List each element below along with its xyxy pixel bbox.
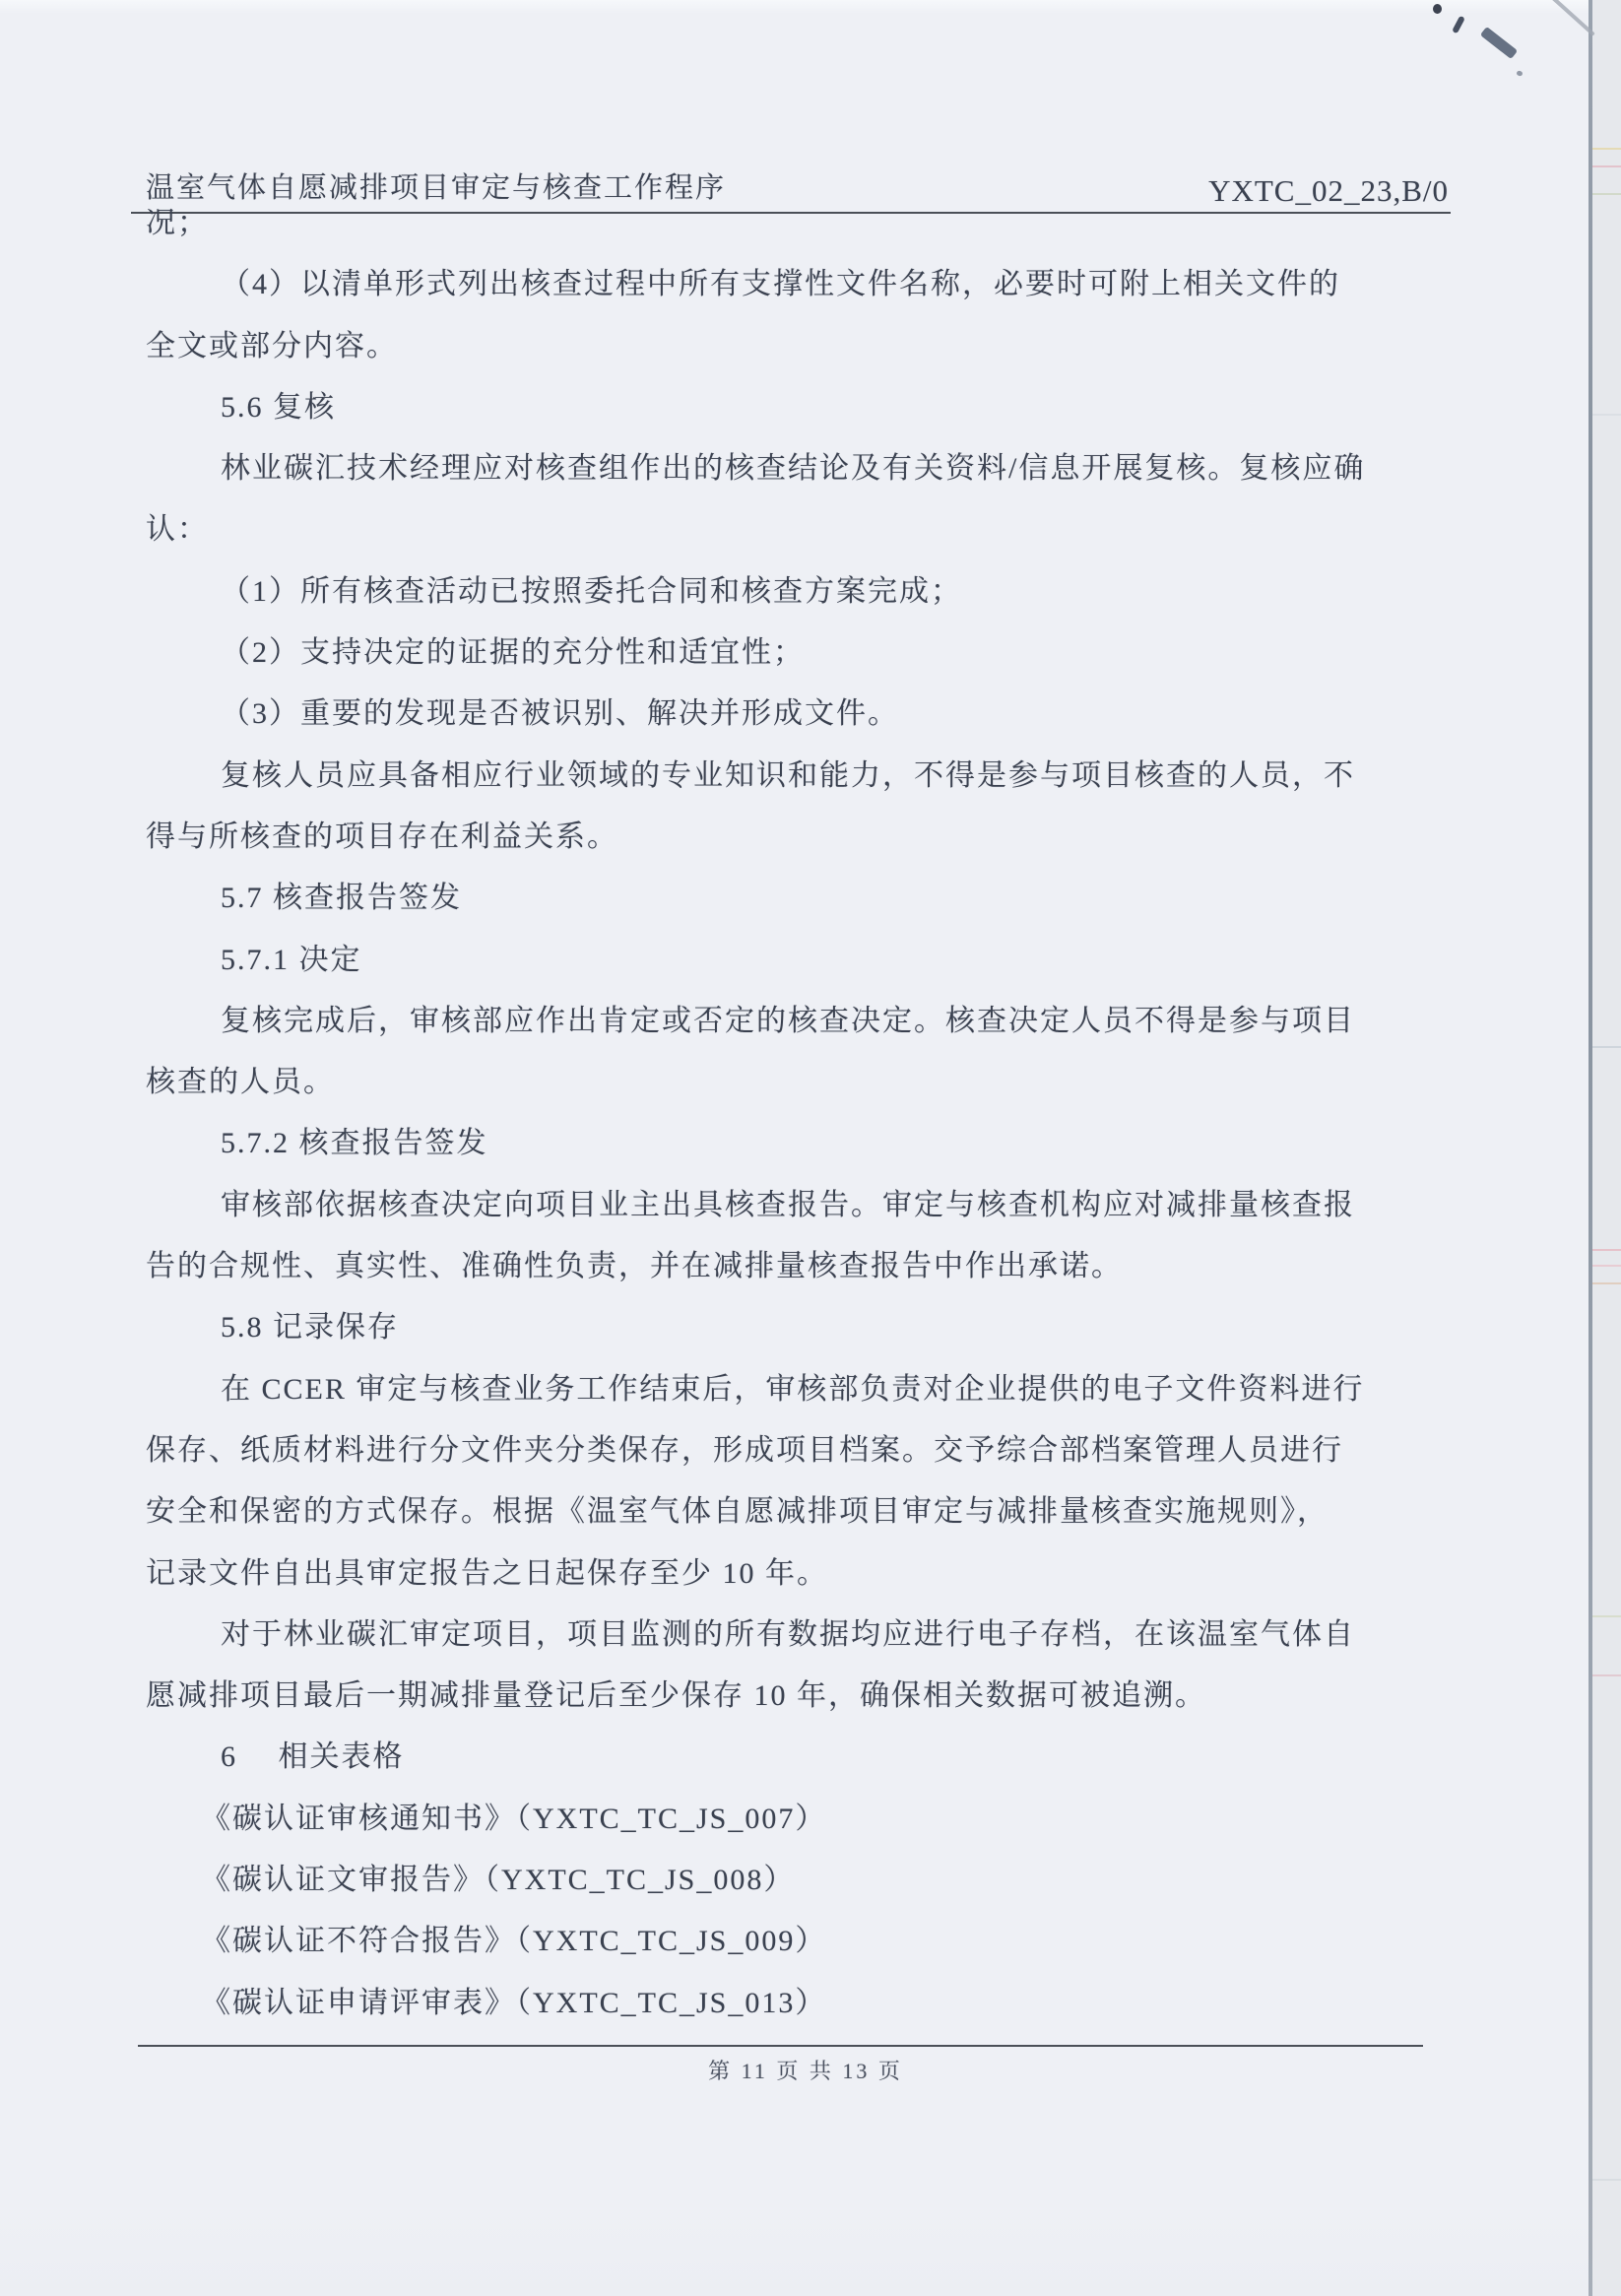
body-line: 审核部依据核查决定向项目业主出具核查报告。审定与核查机构应对减排量核查报 [146,1175,1485,1236]
body-line: 告的合规性、真实性、准确性负责，并在减排量核查报告中作出承诺。 [146,1236,1485,1297]
scan-edge-hairline [1592,1282,1621,1284]
scanned-document-page: 温室气体自愿减排项目审定与核查工作程序 YXTC_02_23,B/0 况； （4… [0,0,1621,2296]
body-line: 对于林业碳汇审定项目，项目监测的所有数据均应进行电子存档，在该温室气体自 [146,1605,1485,1666]
scan-edge-hairline [1592,1249,1621,1251]
body-line: 核查的人员。 [146,1052,1485,1113]
related-form-item: 《碳认证申请评审表》（YXTC_TC_JS_013） [146,1973,1485,2034]
page-number: 第 11 页 共 13 页 [146,2055,1465,2085]
body-line: 林业碳汇技术经理应对核查组作出的核查结论及有关资料/信息开展复核。复核应确 [146,438,1485,499]
body-line: 安全和保密的方式保存。根据《温室气体自愿减排项目审定与减排量核查实施规则》， [146,1481,1485,1542]
scan-edge-hairline [1592,1615,1621,1617]
pen-mark-dot [1433,4,1442,14]
scan-edge-hairline [1592,1674,1621,1676]
body-line: 全文或部分内容。 [146,316,1485,377]
scan-edge-line [1589,0,1592,2296]
related-form-item: 《碳认证审核通知书》（YXTC_TC_JS_007） [146,1789,1485,1850]
body-line: 记录文件自出具审定报告之日起保存至少 10 年。 [146,1543,1485,1605]
body-line: 复核人员应具备相应行业领域的专业知识和能力，不得是参与项目核查的人员，不 [146,746,1485,807]
body-line: （1）所有核查活动已按照委托合同和核查方案完成； [146,561,1485,623]
document-body: 况； （4）以清单形式列出核查过程中所有支撑性文件名称，必要时可附上相关文件的 … [146,193,1485,2034]
body-line: 认： [146,499,1485,560]
pen-mark-check [1452,16,1465,34]
section-heading: 5.7 核查报告签发 [146,868,1485,929]
scan-edge-hairline [1592,1265,1621,1267]
section-heading: 5.7.2 核查报告签发 [146,1113,1485,1174]
body-line: 愿减排项目最后一期减排量登记后至少保存 10 年，确保相关数据可被追溯。 [146,1666,1485,1727]
body-line: （2）支持决定的证据的充分性和适宜性； [146,623,1485,684]
scan-edge-hairline [1592,1046,1621,1048]
body-line: 况； [146,193,1485,254]
body-line: 在 CCER 审定与核查业务工作结束后，审核部负责对企业提供的电子文件资料进行 [146,1359,1485,1420]
body-line: 得与所核查的项目存在利益关系。 [146,807,1485,868]
scan-edge-strip [1592,0,1621,2296]
section-heading: 5.7.1 决定 [146,930,1485,991]
body-line: 复核完成后，审核部应作出肯定或否定的核查决定。核查决定人员不得是参与项目 [146,991,1485,1052]
section-heading: 5.8 记录保存 [146,1297,1485,1358]
related-form-item: 《碳认证不符合报告》（YXTC_TC_JS_009） [146,1911,1485,1972]
scan-edge-hairline [1592,193,1621,195]
section-heading: 6 相关表格 [146,1727,1485,1788]
related-form-item: 《碳认证文审报告》（YXTC_TC_JS_008） [146,1850,1485,1911]
body-line: （4）以清单形式列出核查过程中所有支撑性文件名称，必要时可附上相关文件的 [146,254,1485,315]
body-line: （3）重要的发现是否被识别、解决并形成文件。 [146,684,1485,745]
footer-rule [138,2045,1423,2047]
scan-edge-hairline [1592,165,1621,167]
pen-mark-speck [1516,70,1523,77]
scan-edge-hairline [1592,148,1621,150]
scan-edge-hairline [1592,414,1621,416]
scan-edge-hairline [1592,2179,1621,2181]
body-line: 保存、纸质材料进行分文件夹分类保存，形成项目档案。交予综合部档案管理人员进行 [146,1420,1485,1481]
pen-mark-dash [1480,27,1518,59]
section-heading: 5.6 复核 [146,377,1485,438]
